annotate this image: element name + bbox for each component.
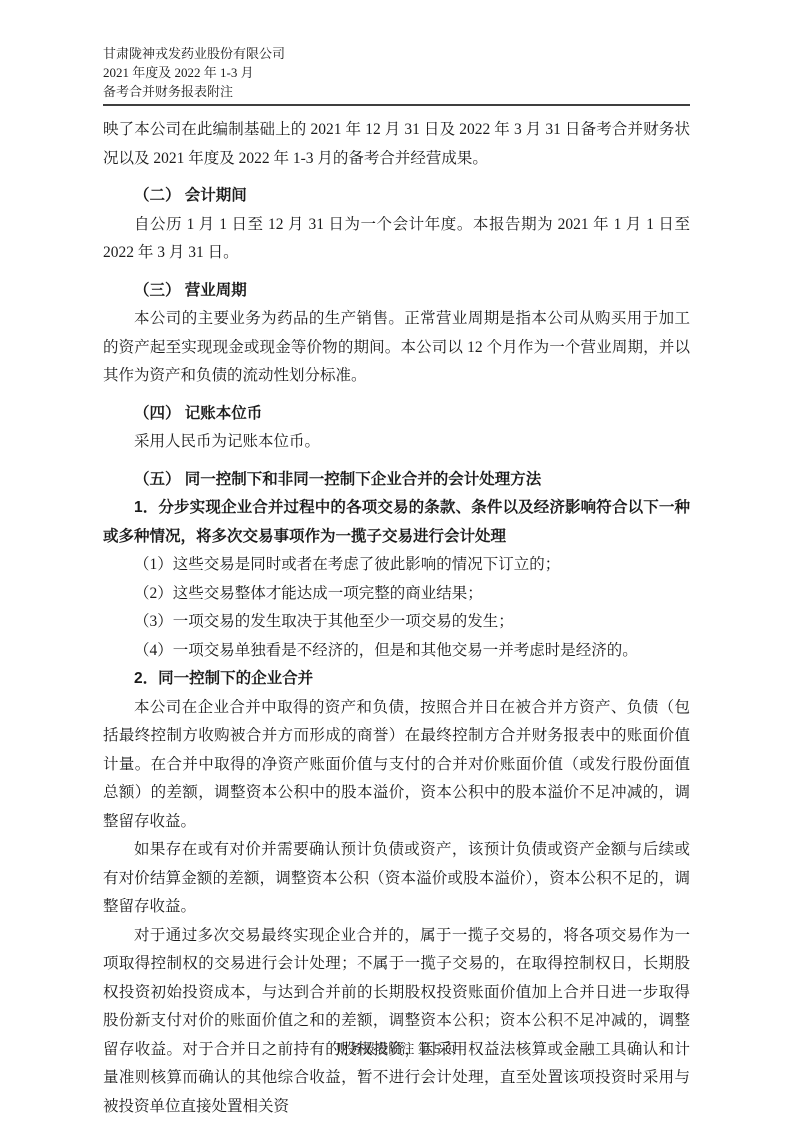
paragraph: 如果存在或有对价并需要确认预计负债或资产，该预计负债或资产金额与后续或有对价结算… — [103, 836, 690, 922]
numbered-subheading: 2．同一控制下的企业合并 — [103, 665, 690, 694]
paragraph: 自公历 1 月 1 日至 12 月 31 日为一个会计年度。本报告期为 2021… — [103, 211, 690, 268]
section-heading: （五） 同一控制下和非同一控制下企业合并的会计处理方法 — [103, 466, 690, 495]
paragraph: （3）一项交易的发生取决于其他至少一项交易的发生； — [103, 608, 690, 637]
paragraph: （4）一项交易单独看是不经济的，但是和其他交易一并考虑时是经济的。 — [103, 637, 690, 666]
header-company-name: 甘肃陇神戎发药业股份有限公司 — [103, 44, 690, 63]
section-heading: （二） 会计期间 — [103, 182, 690, 211]
section-heading: （三） 营业周期 — [103, 277, 690, 306]
page-header: 甘肃陇神戎发药业股份有限公司 2021 年度及 2022 年 1-3 月 备考合… — [103, 44, 690, 106]
paragraph: （1）这些交易是同时或者在考虑了彼此影响的情况下订立的； — [103, 551, 690, 580]
header-report-period: 2021 年度及 2022 年 1-3 月 — [103, 63, 690, 82]
paragraph: 本公司的主要业务为药品的生产销售。正常营业周期是指本公司从购买用于加工的资产起至… — [103, 305, 690, 391]
paragraph: （2）这些交易整体才能达成一项完整的商业结果； — [103, 580, 690, 609]
paragraph: 采用人民币为记账本位币。 — [103, 428, 690, 457]
paragraph: 本公司在企业合并中取得的资产和负债，按照合并日在被合并方资产、负债（包括最终控制… — [103, 694, 690, 837]
header-document-title: 备考合并财务报表附注 — [103, 82, 690, 101]
section-heading: （四） 记账本位币 — [103, 400, 690, 429]
document-page: 甘肃陇神戎发药业股份有限公司 2021 年度及 2022 年 1-3 月 备考合… — [0, 0, 793, 1122]
paragraph: 对于通过多次交易最终实现企业合并的，属于一揽子交易的，将各项交易作为一项取得控制… — [103, 922, 690, 1122]
document-body: 映了本公司在此编制基础上的 2021 年 12 月 31 日及 2022 年 3… — [103, 116, 690, 1121]
paragraph: 映了本公司在此编制基础上的 2021 年 12 月 31 日及 2022 年 3… — [103, 116, 690, 173]
footer-page-label: 财务报表附注 第 5 页 — [336, 1041, 456, 1056]
page-footer: 财务报表附注 第 5 页 — [0, 1038, 793, 1057]
numbered-subheading: 1．分步实现企业合并过程中的各项交易的条款、条件以及经济影响符合以下一种或多种情… — [103, 494, 690, 551]
